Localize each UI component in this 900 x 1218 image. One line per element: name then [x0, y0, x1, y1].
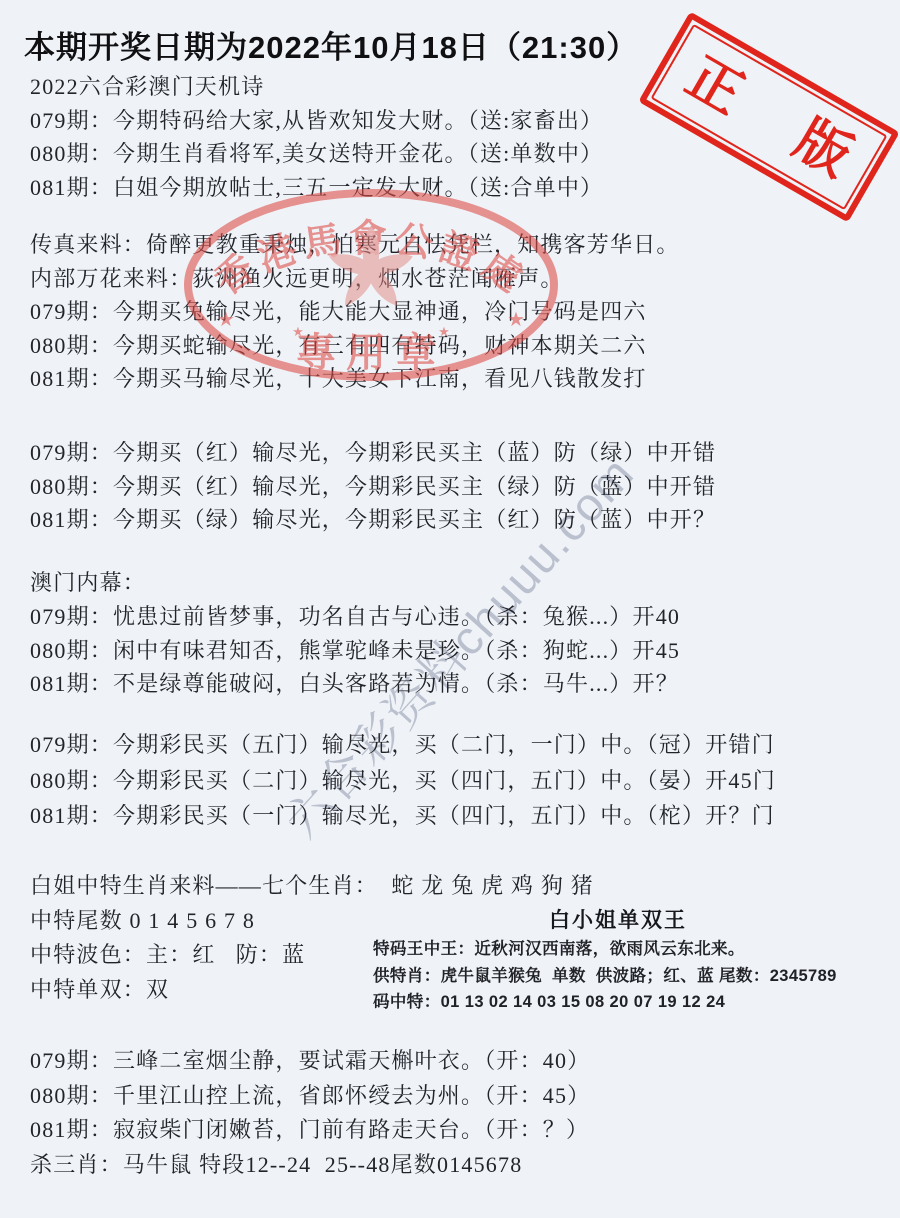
- door-line: 081期：今期彩民买（一门）输尽光，买（四门，五门）中。（柁）开？门: [30, 798, 776, 834]
- seal-graphic: 香港馬會公證處 ★ ★ ★ ★ 專用章: [178, 186, 564, 384]
- color-line: 081期：今期买（绿）输尽光，今期彩民买主（红）防（蓝）中开？: [30, 503, 716, 537]
- poem-line: 080期：今期生肖看将军,美女送特开金花。（送:单数中）: [30, 137, 603, 171]
- page-title: 本期开奖日期为2022年10月18日（21:30）: [24, 22, 638, 67]
- bottom-line: 080期：千里江山控上流，省郎怀绶去为州。（开：45）: [30, 1079, 590, 1114]
- zodiac-line: 白姐中特生肖来料——七个生肖： 蛇 龙 兔 虎 鸡 狗 猪: [30, 869, 594, 904]
- section-heading: 2022六合彩澳门天机诗: [30, 70, 603, 104]
- section-tianjishi: 2022六合彩澳门天机诗 079期：今期特码给大家,从皆欢知发大财。（送:家畜出…: [30, 70, 603, 204]
- section-bose: 079期：今期买（红）输尽光，今期彩民买主（蓝）防（绿）中开错 080期：今期买…: [30, 436, 716, 537]
- insider-line: 080期：闲中有味君知否，熊掌驼峰未是珍。（杀：狗蛇...）开45: [30, 634, 680, 668]
- door-line: 080期：今期彩民买（二门）输尽光，买（四门，五门）中。（晏）开45门: [30, 763, 776, 799]
- insider-line: 081期：不是绿尊能破闷，白头客路若为情。（杀：马牛...）开？: [30, 667, 680, 701]
- bottom-line: 081期：寂寂柴门闭嫩苔，门前有路走天台。（开：？）: [30, 1113, 590, 1148]
- seal-star-right-icon: ★: [507, 309, 525, 331]
- poem-line: 079期：今期特码给大家,从皆欢知发大财。（送:家畜出）: [30, 104, 603, 138]
- stamp-inner-border: [651, 24, 888, 210]
- section-bottom: 079期：三峰二室烟尘静，要试霜天槲叶衣。（开：40） 080期：千里江山控上流…: [30, 1044, 590, 1182]
- seal-star-left-icon: ★: [217, 309, 235, 331]
- color-line: 079期：今期买（红）输尽光，今期彩民买主（蓝）防（绿）中开错: [30, 436, 716, 470]
- panel-danshuangwang: 白小姐单双王 特码王中王：近秋河汉西南落，欲雨风云东北来。 供特肖：虎牛鼠羊猴兔…: [373, 906, 863, 1016]
- panel-title: 白小姐单双王: [373, 906, 863, 936]
- insider-line: 079期：忧患过前皆梦事，功名自古与心违。（杀：兔猴...）开40: [30, 600, 680, 634]
- panel-line: 特码王中王：近秋河汉西南落，欲雨风云东北来。: [373, 936, 863, 963]
- section-neimu: 澳门内幕： 079期：忧患过前皆梦事，功名自古与心违。（杀：兔猴...）开40 …: [30, 566, 680, 701]
- color-line: 080期：今期买（红）输尽光，今期彩民买主（绿）防（蓝）中开错: [30, 470, 716, 504]
- panel-line: 码中特：01 13 02 14 03 15 08 20 07 19 12 24: [373, 989, 863, 1016]
- section-heading: 澳门内幕：: [30, 566, 680, 600]
- bottom-line: 079期：三峰二室烟尘静，要试霜天槲叶衣。（开：40）: [30, 1044, 590, 1079]
- seal-bottom-text: 專用章: [296, 330, 446, 375]
- notary-seal: 香港馬會公證處 ★ ★ ★ ★ 專用章: [178, 186, 564, 389]
- bottom-line: 杀三肖：马牛鼠 特段12--24 25--48尾数0145678: [30, 1148, 590, 1183]
- authentic-stamp: 正 版: [638, 11, 900, 222]
- section-menpai: 079期：今期彩民买（五门）输尽光，买（二门，一门）中。（冠）开错门 080期：…: [30, 727, 776, 834]
- panel-line: 供特肖：虎牛鼠羊猴兔 单数 供波路；红、蓝 尾数：2345789: [373, 963, 863, 990]
- door-line: 079期：今期彩民买（五门）输尽光，买（二门，一门）中。（冠）开错门: [30, 727, 776, 763]
